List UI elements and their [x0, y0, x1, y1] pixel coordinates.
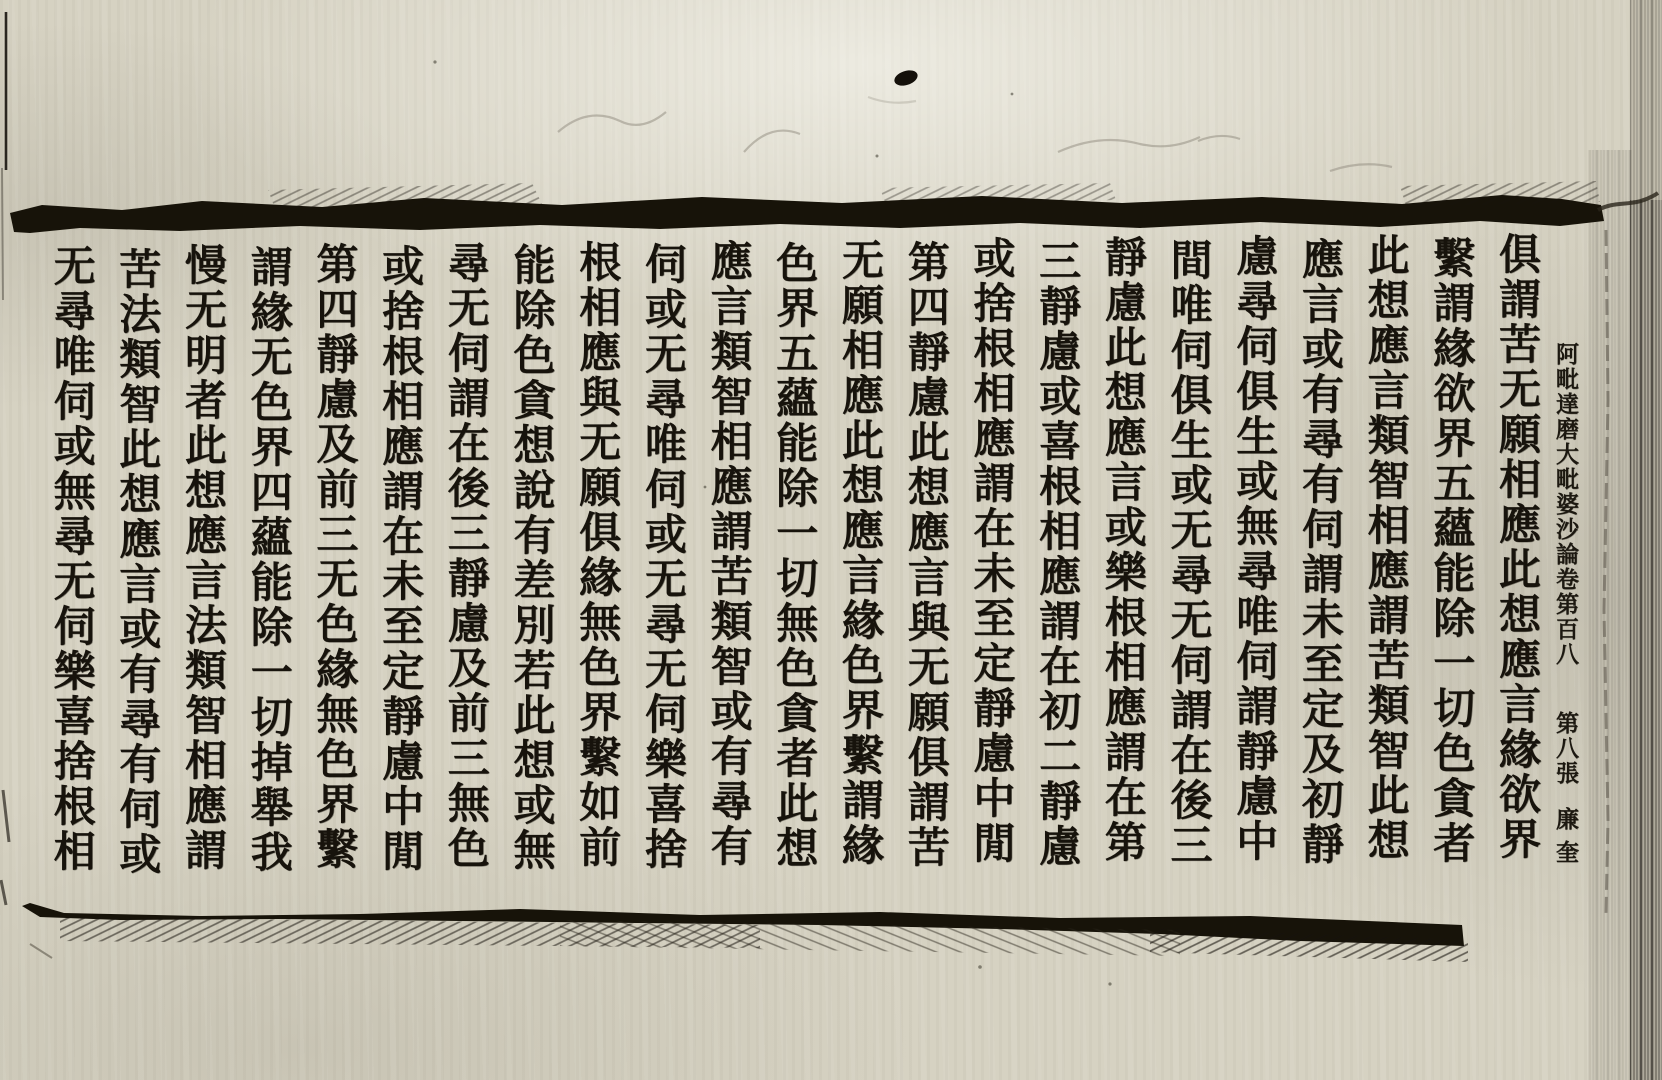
text-column-21: 慢无明者此想應言法類智相應謂: [181, 243, 233, 908]
text-column-2: 繫謂緣欲界五蘊能除一切色貪者: [1429, 236, 1481, 901]
text-column-22: 苦法類智此想應言或有尋有伺或: [115, 247, 167, 912]
text-column-5: 慮尋伺俱生或無尋唯伺謂靜慮中: [1232, 234, 1284, 899]
text-column-14: 伺或无尋唯伺或无尋无伺樂喜捨: [641, 242, 693, 907]
text-column-9: 或捨根相應謂在未至定靜慮中閒: [969, 236, 1021, 901]
text-column-19: 第四靜慮及前三无色緣無色界繫: [312, 242, 364, 907]
text-column-10: 第四靜慮此想應言與无願俱謂苦: [904, 240, 956, 905]
text-column-7: 靜慮此想應言或樂根相應謂在第: [1101, 235, 1153, 900]
text-column-23: 无尋唯伺或無尋无伺樂喜捨根相: [50, 244, 102, 909]
text-column-12: 色界五蘊能除一切無色貪者此想: [772, 241, 824, 906]
text-column-18: 或捨根相應謂在未至定靜慮中閒: [378, 244, 430, 909]
collation-mark: 奎: [1552, 840, 1579, 865]
text-column-1: 俱謂苦无願相應此想應言緣欲界: [1495, 232, 1547, 897]
text-column-4: 應言或有尋有伺謂未至定及初靜: [1298, 237, 1350, 902]
left-edge-marks: [1, 12, 9, 905]
text-column-11: 无願相應此想應言緣色界繫謂緣: [838, 238, 890, 903]
scroll-title: 阿毗達磨大毗婆沙論卷第百八: [1552, 342, 1579, 667]
top-margin-scribbles: [558, 97, 1392, 171]
scroll-title-column: 阿毗達磨大毗婆沙論卷第百八第八張廉奎: [1549, 342, 1582, 902]
right-edge-band: [1588, 0, 1662, 1080]
text-column-20: 謂緣无色界四蘊能除一切掉舉我: [247, 245, 299, 910]
ink-blob: [892, 68, 919, 89]
bottom-border: [22, 903, 1468, 962]
text-column-8: 三靜慮或喜根相應謂在初二靜慮: [1035, 239, 1087, 904]
text-column-15: 根相應與无願俱緣無色界繫如前: [575, 240, 627, 905]
case-marker: 廉: [1552, 807, 1579, 832]
text-column-6: 間唯伺俱生或无尋无伺謂在後三: [1167, 238, 1219, 903]
text-column-3: 此想應言類智相應謂苦類智此想: [1364, 233, 1416, 898]
text-column-17: 尋无伺謂在後三靜慮及前三無色: [444, 241, 496, 906]
text-column-13: 應言類智相應謂苦類智或有尋有: [707, 239, 759, 904]
top-border: [10, 181, 1658, 233]
sutra-page: 阿毗達磨大毗婆沙論卷第百八第八張廉奎 俱謂苦无願相應此想應言緣欲界繫謂緣欲界五蘊…: [0, 0, 1662, 1080]
sheet-number: 第八張: [1552, 711, 1579, 786]
text-column-16: 能除色貪想說有差別若此想或無: [510, 243, 562, 908]
